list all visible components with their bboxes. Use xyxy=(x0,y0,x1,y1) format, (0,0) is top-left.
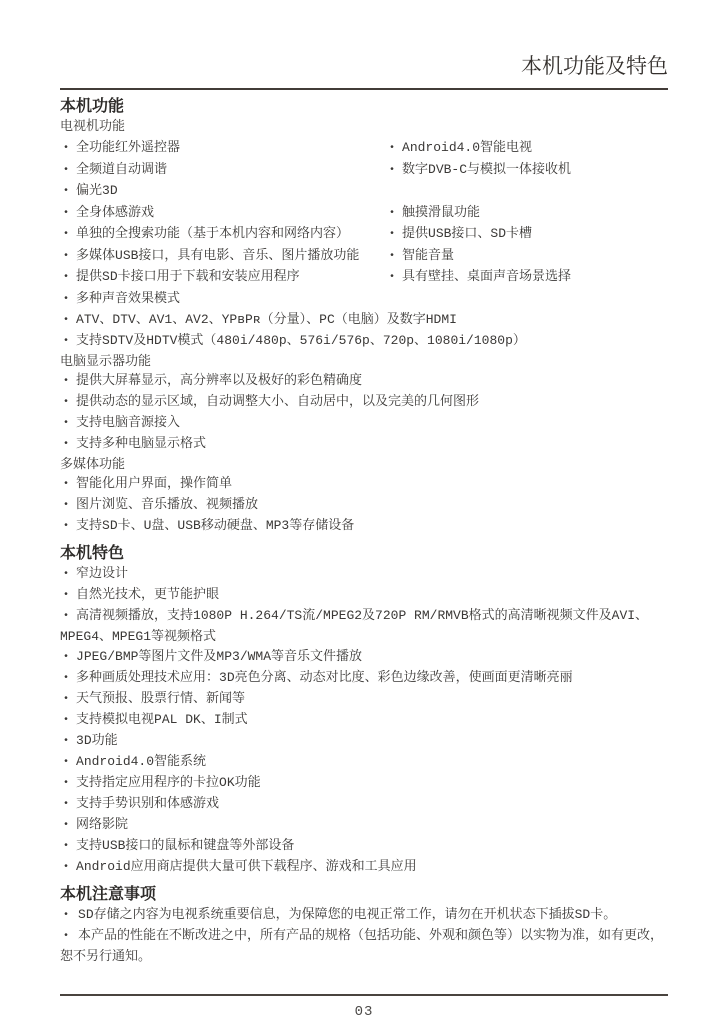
list-item: •支持SD卡、U盘、USB移动硬盘、MP3等存储设备 xyxy=(60,516,668,537)
bullet-icon: • xyxy=(389,204,395,225)
list-item: •天气预报、股票行情、新闻等 xyxy=(60,689,668,710)
list-item: •全功能红外遥控器 xyxy=(60,138,386,160)
note-item: •SD存储之内容为电视系统重要信息，为保障您的电视正常工作，请勿在开机状态下插拔… xyxy=(60,905,668,926)
list-item-text: 提供大屏幕显示，高分辨率以及极好的彩色精确度 xyxy=(76,373,362,388)
header-divider xyxy=(60,88,668,90)
section-notes: 本机注意事项 •SD存储之内容为电视系统重要信息，为保障您的电视正常工作，请勿在… xyxy=(60,885,668,967)
list-item-text: 支持SD卡、U盘、USB移动硬盘、MP3等存储设备 xyxy=(76,518,354,533)
bullet-icon: • xyxy=(63,586,69,606)
list-item-text: 自然光技术，更节能护眼 xyxy=(76,587,219,602)
footer-divider xyxy=(60,994,668,996)
list-item-text: 全频道自动调谐 xyxy=(76,162,167,177)
tv-feature-grid: •全功能红外遥控器 •Android4.0智能电视 •全频道自动调谐 •数字DV… xyxy=(60,138,668,289)
list-item-text: 高清视频播放，支持1080P H.264/TS流/MPEG2及720P RM/R… xyxy=(60,608,648,644)
list-item-text: 全身体感游戏 xyxy=(76,205,154,220)
bullet-icon: • xyxy=(389,139,395,160)
bullet-icon: • xyxy=(63,795,69,815)
note-text: 本产品的性能在不断改进之中，所有产品的规格（包括功能、外观和颜色等）以实物为准，… xyxy=(60,928,663,964)
bullet-icon: • xyxy=(63,753,69,773)
list-item: •智能音量 xyxy=(386,246,668,268)
list-item: •ATV、DTV、AV1、AV2、YPʙPʀ（分量）、PC（电脑）及数字HDMI xyxy=(60,310,668,331)
list-item: •Android4.0智能电视 xyxy=(386,138,668,160)
list-item: •全身体感游戏 xyxy=(60,203,386,225)
list-item-text: 窄边设计 xyxy=(76,566,128,581)
list-item: •Android应用商店提供大量可供下载程序、游戏和工具应用 xyxy=(60,857,668,878)
bullet-icon: • xyxy=(63,927,69,947)
list-item-text: 支持多种电脑显示格式 xyxy=(76,436,206,451)
list-item-text: 智能化用户界面，操作简单 xyxy=(76,476,232,491)
subsection-title-pc-monitor: 电脑显示器功能 xyxy=(60,352,668,371)
list-item-text: 偏光3D xyxy=(76,183,118,198)
bullet-icon: • xyxy=(63,496,69,516)
list-item: •提供动态的显示区域，自动调整大小、自动居中，以及完美的几何图形 xyxy=(60,392,668,413)
list-item: •具有壁挂、桌面声音场景选择 xyxy=(386,267,668,289)
list-item-text: 多种画质处理技术应用：3D亮色分离、动态对比度、彩色边缘改善，使画面更清晰亮丽 xyxy=(76,670,573,685)
bullet-icon: • xyxy=(389,161,395,182)
note-text: SD存储之内容为电视系统重要信息，为保障您的电视正常工作，请勿在开机状态下插拔S… xyxy=(78,907,616,922)
list-item: •3D功能 xyxy=(60,731,668,752)
bullet-icon: • xyxy=(63,311,69,331)
bullet-icon: • xyxy=(63,906,69,926)
list-item-text: Android应用商店提供大量可供下载程序、游戏和工具应用 xyxy=(76,859,417,874)
bullet-icon: • xyxy=(63,268,69,289)
note-item: •本产品的性能在不断改进之中，所有产品的规格（包括功能、外观和颜色等）以实物为准… xyxy=(60,926,668,967)
list-item: •全频道自动调谐 xyxy=(60,160,386,182)
list-item: •支持多种电脑显示格式 xyxy=(60,434,668,455)
bullet-icon: • xyxy=(63,517,69,537)
list-item-text: 全功能红外遥控器 xyxy=(76,140,180,155)
list-item: •支持指定应用程序的卡拉OK功能 xyxy=(60,773,668,794)
list-item: •单独的全搜索功能（基于本机内容和网络内容） xyxy=(60,224,386,246)
page-number: 03 xyxy=(0,1003,728,1021)
list-item: •提供USB接口、SD卡槽 xyxy=(386,224,668,246)
bullet-icon: • xyxy=(63,774,69,794)
page-footer: 03 xyxy=(0,994,728,1021)
list-item-text: 数字DVB-C与模拟一体接收机 xyxy=(402,162,571,177)
list-item-text: 多种声音效果模式 xyxy=(76,291,180,306)
bullet-icon: • xyxy=(63,690,69,710)
list-item: •JPEG/BMP等图片文件及MP3/WMA等音乐文件播放 xyxy=(60,647,668,668)
list-item: •支持USB接口的鼠标和键盘等外部设备 xyxy=(60,836,668,857)
section-title-features: 本机特色 xyxy=(60,544,668,564)
list-item-text: 网络影院 xyxy=(76,817,128,832)
list-item-text: Android4.0智能电视 xyxy=(402,140,532,155)
list-item-text: 单独的全搜索功能（基于本机内容和网络内容） xyxy=(76,226,349,241)
list-item-text: 3D功能 xyxy=(76,733,118,748)
list-item: •自然光技术，更节能护眼 xyxy=(60,585,668,606)
list-item-text: 支持手势识别和体感游戏 xyxy=(76,796,219,811)
bullet-icon: • xyxy=(63,475,69,495)
subsection-title-tv: 电视机功能 xyxy=(60,117,668,136)
bullet-icon: • xyxy=(63,435,69,455)
list-item: •提供SD卡接口用于下载和安装应用程序 xyxy=(60,267,386,289)
bullet-icon: • xyxy=(63,290,69,310)
list-item-text: Android4.0智能系统 xyxy=(76,754,206,769)
list-item-text: 支持USB接口的鼠标和键盘等外部设备 xyxy=(76,838,294,853)
bullet-icon: • xyxy=(389,268,395,289)
list-item: •窄边设计 xyxy=(60,564,668,585)
list-item: •多媒体USB接口，具有电影、音乐、图片播放功能 xyxy=(60,246,386,268)
list-item: •支持手势识别和体感游戏 xyxy=(60,794,668,815)
bullet-icon: • xyxy=(63,414,69,434)
bullet-icon: • xyxy=(63,332,69,352)
list-item-text: 多媒体USB接口，具有电影、音乐、图片播放功能 xyxy=(76,248,359,263)
list-item-text: 图片浏览、音乐播放、视频播放 xyxy=(76,497,258,512)
list-item-text: 智能音量 xyxy=(402,248,454,263)
bullet-icon: • xyxy=(63,565,69,585)
list-item: •多种声音效果模式 xyxy=(60,289,668,310)
list-item: •图片浏览、音乐播放、视频播放 xyxy=(60,495,668,516)
page-title: 本机功能及特色 xyxy=(60,0,668,83)
bullet-icon: • xyxy=(63,393,69,413)
list-item: •支持SDTV及HDTV模式（480i/480p、576i/576p、720p、… xyxy=(60,331,668,352)
list-item: •触摸滑鼠功能 xyxy=(386,203,668,225)
bullet-icon: • xyxy=(389,225,395,246)
bullet-icon: • xyxy=(63,648,69,668)
list-item: •网络影院 xyxy=(60,815,668,836)
bullet-icon: • xyxy=(63,161,69,182)
bullet-icon: • xyxy=(63,607,69,627)
list-item-text: 支持指定应用程序的卡拉OK功能 xyxy=(76,775,261,790)
list-item: •多种画质处理技术应用：3D亮色分离、动态对比度、彩色边缘改善，使画面更清晰亮丽 xyxy=(60,668,668,689)
bullet-icon: • xyxy=(389,247,395,268)
bullet-icon: • xyxy=(63,732,69,752)
section-features: 本机特色 •窄边设计 •自然光技术，更节能护眼 •高清视频播放，支持1080P … xyxy=(60,544,668,878)
bullet-icon: • xyxy=(63,182,69,203)
list-item: •Android4.0智能系统 xyxy=(60,752,668,773)
list-item-text: 具有壁挂、桌面声音场景选择 xyxy=(402,269,571,284)
list-item-text: 天气预报、股票行情、新闻等 xyxy=(76,691,245,706)
section-functions: 本机功能 电视机功能 •全功能红外遥控器 •Android4.0智能电视 •全频… xyxy=(60,97,668,537)
list-item: •智能化用户界面，操作简单 xyxy=(60,474,668,495)
list-item-text: 支持SDTV及HDTV模式（480i/480p、576i/576p、720p、1… xyxy=(76,333,526,348)
list-item: •支持电脑音源接入 xyxy=(60,413,668,434)
list-item-text: 提供USB接口、SD卡槽 xyxy=(402,226,532,241)
list-item-text: JPEG/BMP等图片文件及MP3/WMA等音乐文件播放 xyxy=(76,649,362,664)
bullet-icon: • xyxy=(63,669,69,689)
bullet-icon: • xyxy=(63,225,69,246)
bullet-icon: • xyxy=(63,372,69,392)
manual-page: 本机功能及特色 本机功能 电视机功能 •全功能红外遥控器 •Android4.0… xyxy=(0,0,728,1021)
section-title-notes: 本机注意事项 xyxy=(60,885,668,905)
list-item-text: 提供动态的显示区域，自动调整大小、自动居中，以及完美的几何图形 xyxy=(76,394,479,409)
bullet-icon: • xyxy=(63,139,69,160)
list-item: •高清视频播放，支持1080P H.264/TS流/MPEG2及720P RM/… xyxy=(60,606,668,647)
list-item-text: 支持模拟电视PAL DK、I制式 xyxy=(76,712,248,727)
list-item: •偏光3D xyxy=(60,181,386,203)
bullet-icon: • xyxy=(63,858,69,878)
list-item-empty xyxy=(386,181,668,203)
bullet-icon: • xyxy=(63,816,69,836)
bullet-icon: • xyxy=(63,837,69,857)
list-item-text: ATV、DTV、AV1、AV2、YPʙPʀ（分量）、PC（电脑）及数字HDMI xyxy=(76,312,457,327)
list-item-text: 支持电脑音源接入 xyxy=(76,415,180,430)
bullet-icon: • xyxy=(63,204,69,225)
page-header: 本机功能及特色 xyxy=(60,0,668,90)
list-item-text: 提供SD卡接口用于下载和安装应用程序 xyxy=(76,269,300,284)
list-item-text: 触摸滑鼠功能 xyxy=(402,205,480,220)
list-item: •提供大屏幕显示，高分辨率以及极好的彩色精确度 xyxy=(60,371,668,392)
subsection-title-multimedia: 多媒体功能 xyxy=(60,455,668,474)
section-title-functions: 本机功能 xyxy=(60,97,668,117)
list-item: •支持模拟电视PAL DK、I制式 xyxy=(60,710,668,731)
list-item: •数字DVB-C与模拟一体接收机 xyxy=(386,160,668,182)
bullet-icon: • xyxy=(63,711,69,731)
bullet-icon: • xyxy=(63,247,69,268)
